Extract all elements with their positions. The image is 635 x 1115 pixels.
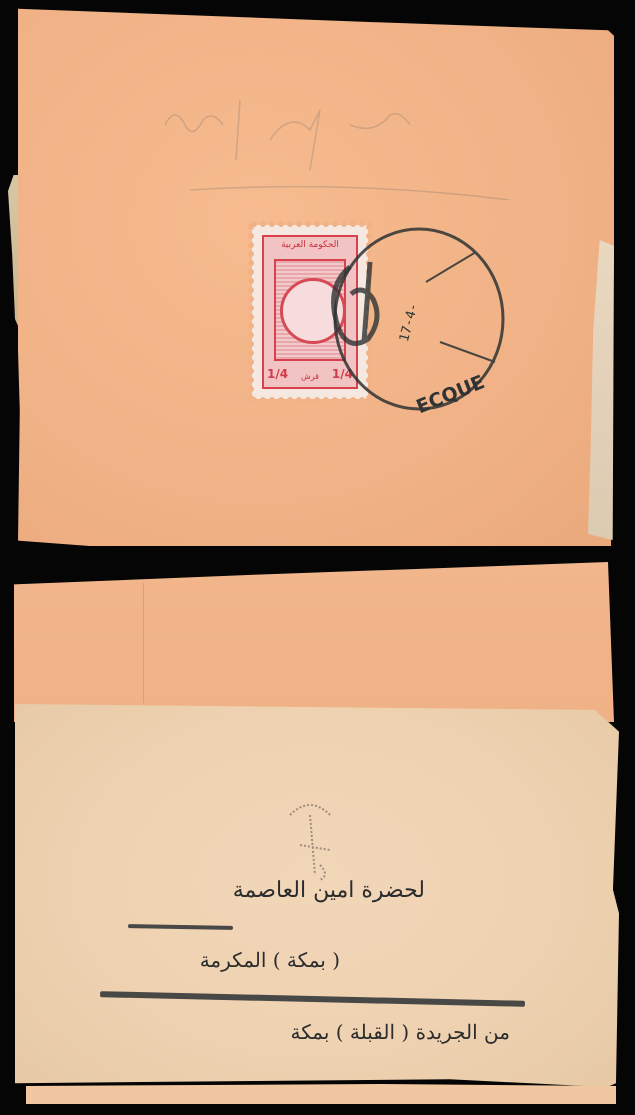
- faint-backstamp: [280, 795, 360, 885]
- stamp-value-left: 1/4: [267, 367, 288, 381]
- address-line-3: من الجريدة ( القبلة ) بمكة: [140, 1020, 510, 1044]
- postmark-city: ECQUE: [413, 371, 488, 414]
- postmark-cancellation: 17-4- ECQUE: [330, 222, 508, 414]
- flap-fold-line: [143, 583, 144, 703]
- address-line-1: لحضرة امين العاصمة: [95, 878, 425, 903]
- pencil-notation: [150, 70, 510, 200]
- wrapper-bottom-strip: [26, 1084, 616, 1104]
- address-line-2: ( بمكة ) المكرمة: [140, 948, 340, 972]
- wrapper-back-flap: [14, 562, 614, 722]
- postmark-date: 17-4-: [397, 302, 422, 344]
